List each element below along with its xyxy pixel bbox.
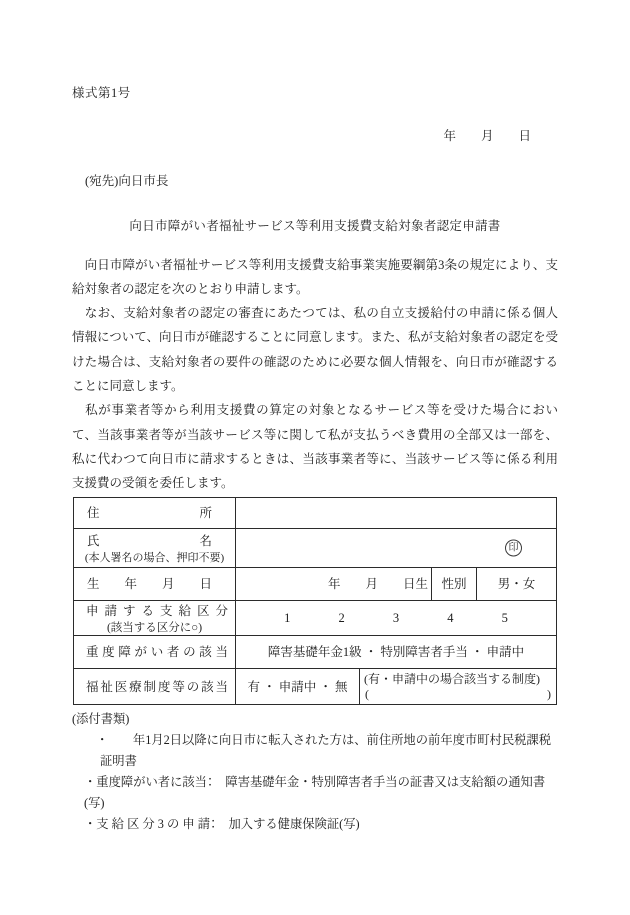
category-note: (該当する区分に○)	[74, 621, 235, 635]
name-row: 氏名 (本人署名の場合、押印不要) 印	[74, 528, 556, 567]
birth-input-field[interactable]: 年 月 日生	[236, 568, 432, 600]
attachments-section: (添付書類) ・ 年1月2日以降に向日市に転入された方は、前住所地の前年度市町村…	[72, 709, 558, 835]
severe-disability-row: 重度障がい者の該当 障害基礎年金1級 ・ 特別障害者手当 ・ 申請中	[74, 635, 556, 668]
medical-note-cell: (有・申請中の場合該当する制度) ( )	[360, 669, 556, 704]
severe-label: 重度障がい者の該当	[86, 643, 228, 661]
form-number: 様式第1号	[72, 84, 558, 102]
severe-options[interactable]: 障害基礎年金1級 ・ 特別障害者手当 ・ 申請中	[236, 636, 556, 668]
paren-open: (	[365, 687, 369, 702]
application-form-page: 様式第1号 年 月 日 (宛先)向日市長 向日市障がい者福祉サービス等利用支援費…	[0, 0, 630, 915]
name-note: (本人署名の場合、押印不要)	[74, 552, 235, 565]
sex-label: 性別	[432, 568, 477, 600]
category-option-2[interactable]: 2	[339, 609, 345, 627]
address-row: 住所	[74, 498, 556, 528]
medical-label: 福祉医療制度等の該当	[86, 678, 228, 696]
category-row: 申請する支給区分 (該当する区分に○) 1 2 3 4 5	[74, 600, 556, 635]
medical-label-cell: 福祉医療制度等の該当	[74, 669, 236, 704]
name-label: 氏名	[87, 532, 212, 550]
medical-system-input-field[interactable]: ( )	[364, 687, 552, 702]
medical-system-row: 福祉医療制度等の該当 有 ・ 申請中 ・ 無 (有・申請中の場合該当する制度) …	[74, 668, 556, 704]
medical-options[interactable]: 有 ・ 申請中 ・ 無	[236, 669, 360, 704]
address-label: 住所	[87, 504, 212, 522]
address-input-field[interactable]	[236, 498, 556, 528]
category-options: 1 2 3 4 5	[236, 601, 556, 635]
birth-row: 生年月日 年 月 日生 性別 男・女	[74, 567, 556, 600]
application-table: 住所 氏名 (本人署名の場合、押印不要) 印 生年月日 年 月 日生 性別 男・…	[73, 497, 557, 705]
category-label: 申請する支給区分	[86, 602, 228, 620]
medical-note: (有・申請中の場合該当する制度)	[364, 672, 552, 687]
category-option-3[interactable]: 3	[393, 609, 399, 627]
attachment-item-health-insurance: ・支 給 区 分 3 の 申 請： 加入する健康保険証(写)	[84, 814, 558, 835]
document-title: 向日市障がい者福祉サービス等利用支援費支給対象者認定申請書	[72, 217, 558, 235]
body-text: 向日市障がい者福祉サービス等利用支援費支給事業実施要綱第3条の規定により、支給対…	[72, 253, 558, 496]
birth-label: 生年月日	[87, 575, 212, 593]
category-option-5[interactable]: 5	[502, 609, 508, 627]
severe-label-cell: 重度障がい者の該当	[74, 636, 236, 668]
sex-options[interactable]: 男・女	[477, 568, 556, 600]
attachment-item-pension-notice: ・重度障がい者に該当： 障害基礎年金・特別障害者手当の証書又は支給額の通知書(写…	[84, 772, 558, 814]
addressee-line: (宛先)向日市長	[72, 172, 558, 190]
paragraph-application: 向日市障がい者福祉サービス等利用支援費支給事業実施要綱第3条の規定により、支給対…	[72, 253, 558, 302]
category-option-4[interactable]: 4	[447, 609, 453, 627]
name-input-field[interactable]: 印	[236, 529, 556, 567]
attachments-heading: (添付書類)	[72, 709, 558, 730]
paragraph-consent: なお、支給対象者の認定の審査にあたつては、私の自立支援給付の申請に係る個人情報に…	[72, 301, 558, 398]
name-label-cell: 氏名 (本人署名の場合、押印不要)	[74, 529, 236, 567]
seal-stamp-mark: 印	[505, 540, 522, 557]
paragraph-delegation: 私が事業者等から利用支援費の算定の対象となるサービス等を受けた場合において、当該…	[72, 398, 558, 495]
paren-close: )	[547, 687, 551, 702]
category-label-cell: 申請する支給区分 (該当する区分に○)	[74, 601, 236, 635]
address-label-cell: 住所	[74, 498, 236, 528]
category-option-1[interactable]: 1	[284, 609, 290, 627]
date-fill-in-line[interactable]: 年 月 日	[72, 127, 558, 145]
birth-label-cell: 生年月日	[74, 568, 236, 600]
attachment-item-tax-certificate: ・ 年1月2日以降に向日市に転入された方は、前住所地の前年度市町村民税課税証明書	[96, 730, 558, 772]
